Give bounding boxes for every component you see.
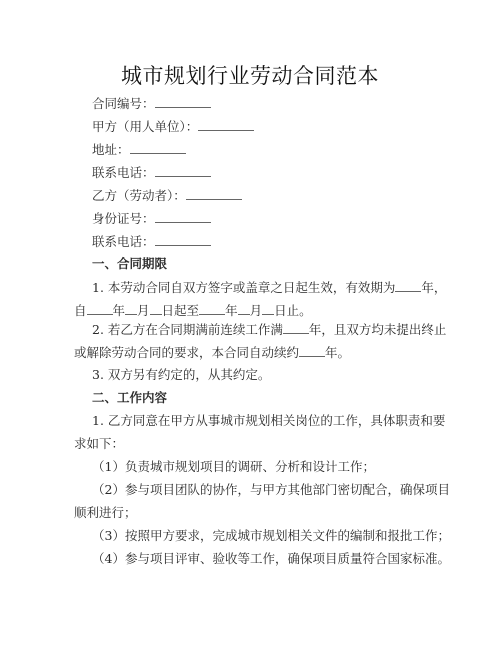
- field-label: 乙方（劳动者）：: [92, 188, 186, 203]
- field-party-a: 甲方（用人单位）：: [92, 118, 254, 135]
- field-label: 地址：: [92, 142, 130, 157]
- paragraph-term-2: 2. 若乙方在合同期满前连续工作满年，且双方均未提出终止: [92, 321, 446, 338]
- field-label: 联系电话：: [92, 234, 155, 249]
- blank-line: [155, 233, 211, 246]
- field-label: 身份证号：: [92, 211, 155, 226]
- blank-line: [155, 95, 211, 108]
- text: 年，且双方均未提出终止: [309, 322, 447, 337]
- text: 2. 若乙方在合同期满前连续工作满: [92, 322, 283, 337]
- document-title: 城市规划行业劳动合同范本: [0, 60, 500, 90]
- text: 年: [113, 303, 126, 318]
- field-phone-a: 联系电话：: [92, 164, 211, 181]
- list-item-duty-4: （4）参与项目评审、验收等工作，确保项目质量符合国家标准。: [92, 551, 450, 567]
- text: 年。: [325, 345, 350, 360]
- list-item-duty-1: （1）负责城市规划项目的调研、分析和设计工作；: [92, 459, 375, 475]
- blank-line: [155, 164, 211, 177]
- blank-line: [125, 302, 137, 315]
- blank-line: [87, 302, 113, 315]
- field-label: 联系电话：: [92, 165, 155, 180]
- blank-line: [198, 118, 254, 131]
- field-party-b: 乙方（劳动者）：: [92, 187, 242, 204]
- section-heading-term: 一、合同期限: [92, 256, 167, 272]
- text: 自: [74, 303, 87, 318]
- section-heading-work: 二、工作内容: [92, 390, 167, 406]
- text: 年，: [421, 280, 446, 295]
- text: 年: [225, 303, 238, 318]
- field-id-number: 身份证号：: [92, 210, 211, 227]
- blank-line: [262, 302, 274, 315]
- blank-line: [283, 321, 309, 334]
- text: 或解除劳动合同的要求，本合同自动续约: [74, 345, 299, 360]
- blank-line: [130, 141, 186, 154]
- paragraph-work-1: 1. 乙方同意在甲方从事城市规划相关岗位的工作，具体职责和要: [92, 413, 445, 429]
- blank-line: [186, 187, 242, 200]
- paragraph-work-1-cont: 求如下：: [74, 436, 124, 452]
- field-label: 甲方（用人单位）：: [92, 119, 198, 134]
- field-address: 地址：: [92, 141, 186, 158]
- field-phone-b: 联系电话：: [92, 233, 211, 250]
- blank-line: [150, 302, 162, 315]
- paragraph-term-3: 3. 双方另有约定的，从其约定。: [92, 367, 270, 383]
- paragraph-term-2-cont: 或解除劳动合同的要求，本合同自动续约年。: [74, 344, 350, 361]
- text: 月: [250, 303, 263, 318]
- blank-line: [238, 302, 250, 315]
- list-item-duty-3: （3）按照甲方要求，完成城市规划相关文件的编制和报批工作；: [92, 528, 450, 544]
- paragraph-term-1: 1. 本劳动合同自双方签字或盖章之日起生效，有效期为年，: [92, 279, 446, 296]
- document-page: 城市规划行业劳动合同范本 合同编号： 甲方（用人单位）： 地址： 联系电话： 乙…: [0, 0, 500, 647]
- field-contract-no: 合同编号：: [92, 95, 211, 112]
- list-item-duty-2-cont: 顺利进行；: [74, 505, 137, 521]
- paragraph-term-1-cont: 自年月日起至年月日止。: [74, 302, 312, 319]
- blank-line: [395, 279, 421, 292]
- text: 月: [137, 303, 150, 318]
- list-item-duty-2: （2）参与项目团队的协作，与甲方其他部门密切配合，确保项目: [92, 482, 450, 498]
- blank-line: [199, 302, 225, 315]
- blank-line: [299, 344, 325, 357]
- field-label: 合同编号：: [92, 96, 155, 111]
- text: 1. 本劳动合同自双方签字或盖章之日起生效，有效期为: [92, 280, 395, 295]
- blank-line: [155, 210, 211, 223]
- text: 日起至: [162, 303, 200, 318]
- text: 日止。: [274, 303, 312, 318]
